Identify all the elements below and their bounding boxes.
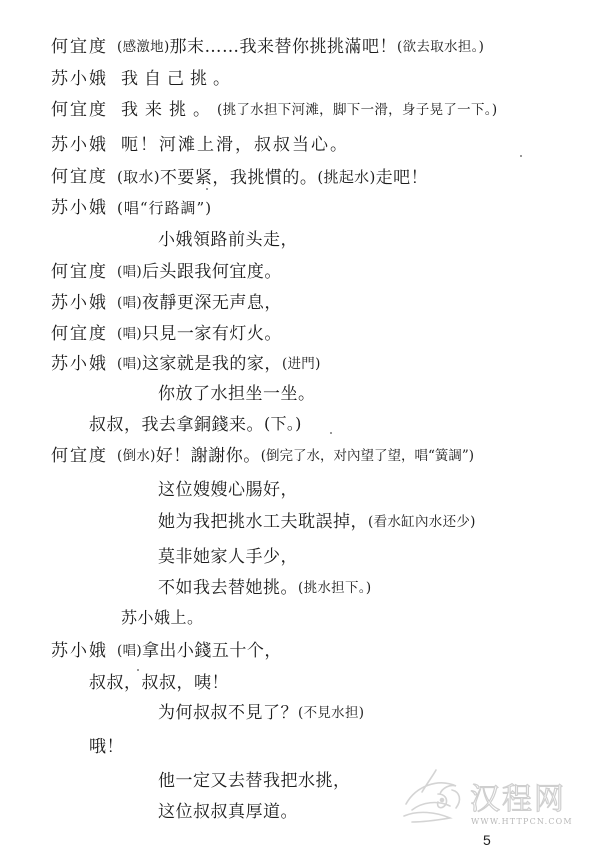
verse-text: 哦！ [89,737,124,757]
stage-direction: (看水缸內水还少) [368,514,476,530]
verse: 为何叔叔不見了？(不見水担) [158,703,364,723]
verse: 不如我去替她挑。(挑水担下。) [158,578,371,598]
stage-direction: (挑了水担下河滩，脚下一滑，身子晃了一下。) [217,102,497,118]
speaker-name: 何宜度 [51,446,108,466]
stage-direction: (欲去取水担。) [397,39,484,55]
verse-text: 莫非她家人手少， [158,547,298,567]
stage-direction: (进門) [282,356,321,372]
dialogue: (感激地)那末……我来替你挑挑滿吧！(欲去取水担。) [117,37,484,57]
dialogue: (唱)后头跟我何宜度。 [117,262,282,282]
verse: 你放了水担坐一坐。 [158,384,316,404]
speaker-name: 苏小娥 [51,198,108,218]
stage-direction: (唱) [117,643,142,659]
verse: 她为我把挑水工夫耽誤掉，(看水缸內水还少) [158,512,476,532]
stage-direction: (唱) [117,356,142,372]
stage-direction: (感激地) [117,39,170,55]
watermark-url: WWW.HTTPCN.COM [471,817,573,826]
verse-text: 只見一家有灯火。 [142,324,282,344]
page-number: 5 [483,832,491,848]
stage-direction: (下。) [264,414,302,433]
verse: 莫非她家人手少， [158,547,298,567]
verse: 这位叔叔真厚道。 [158,802,298,822]
speaker-name: 何宜度 [51,262,108,282]
dialogue: (取水)不要紧，我挑慣的。(挑起水)走吧！ [117,167,428,188]
speech-text: 我自己挑。 [121,69,236,89]
aside: 哦！ [89,737,124,757]
dolphin-logo-icon: 汉程网 WWW.HTTPCN.COM [398,764,578,832]
speech-text: 好！謝謝你。 [156,446,261,466]
verse-text: 后头跟我何宜度。 [142,262,282,282]
speaker-name: 何宜度 [51,167,108,187]
stage-direction: (唱) [117,326,142,342]
dialogue: 我自己挑。 [121,69,236,89]
verse: 他一定又去替我把水挑， [158,771,351,791]
watermark-site-name: 汉程网 [470,782,566,817]
speaker-name: 苏小娥 [51,354,108,374]
speech-text: 走吧！ [376,168,429,188]
speech-text: 叔叔，我去拿銅錢来。 [89,415,264,435]
stage-direction: (唱) [117,295,142,311]
dialogue: (唱)只見一家有灯火。 [117,324,282,344]
stage-direction: (唱) [117,264,142,280]
scan-speck [137,669,139,671]
stage-text: 苏小娥上。 [121,608,204,627]
verse-text: 这位嫂嫂心腸好， [158,480,298,500]
verse-text: 夜靜更深无声息， [142,293,282,313]
verse: 这位嫂嫂心腸好， [158,480,298,500]
speech-text: 呃！河滩上滑，叔叔当心。 [121,135,349,155]
speech-text: 我来挑。 [121,100,217,120]
dialogue: (倒水)好！謝謝你。(倒完了水，对內望了望，唱“簧調”) [117,446,474,466]
dialogue: 我来挑。(挑了水担下河滩，脚下一滑，身子晃了一下。) [121,100,497,120]
stage-direction: (倒完了水，对內望了望，唱“簧調”) [261,448,474,464]
scan-speck [520,155,522,157]
aside: 叔叔，叔叔，咦！ [89,673,229,693]
verse-text: 不如我去替她挑。 [158,578,298,598]
stage-direction: (取水) [117,168,160,186]
verse-text: 你放了水担坐一坐。 [158,384,316,404]
verse-text: 他一定又去替我把水挑， [158,771,351,791]
dialogue: (唱)拿出小錢五十个， [117,641,282,661]
dialogue: (唱“行路調”) [117,198,212,219]
speaker-name: 苏小娥 [51,293,108,313]
stage-direction: (倒水) [117,448,156,464]
speech-text: 那末……我来替你挑挑滿吧！ [170,37,398,57]
speaker-name: 苏小娥 [51,69,108,89]
speaker-name: 何宜度 [51,100,108,120]
verse-text: 拿出小錢五十个， [142,641,282,661]
verse: 小娥領路前头走， [158,230,298,250]
speaker-name: 苏小娥 [51,641,108,661]
verse-text: 小娥領路前头走， [158,230,298,250]
speaker-name: 何宜度 [51,37,108,57]
verse-text: 这位叔叔真厚道。 [158,802,298,822]
aside: 叔叔，我去拿銅錢来。(下。) [89,414,302,435]
speaker-name: 何宜度 [51,324,108,344]
speaker-name: 苏小娥 [51,135,108,155]
stage-direction: (不見水担) [298,705,364,721]
stage-direction: (唱“行路調”) [117,199,212,217]
verse-text: 她为我把挑水工夫耽誤掉， [158,512,368,532]
verse-text: 叔叔，叔叔，咦！ [89,673,229,693]
dialogue: (唱)夜靜更深无声息， [117,293,282,313]
scan-speck [206,188,208,190]
verse-text: 为何叔叔不見了？ [158,703,298,723]
watermark: 汉程网 WWW.HTTPCN.COM [398,764,578,832]
speech-text: 不要紧，我挑慣的。 [160,168,318,188]
scan-speck [330,432,332,434]
verse-text: 这家就是我的家， [142,354,282,374]
stage-direction: (挑起水) [317,168,375,186]
stage-direction: (挑水担下。) [298,580,371,596]
dialogue: 呃！河滩上滑，叔叔当心。 [121,135,349,155]
dialogue: (唱)这家就是我的家，(进門) [117,354,321,374]
stage-entrance: 苏小娥上。 [121,608,204,628]
